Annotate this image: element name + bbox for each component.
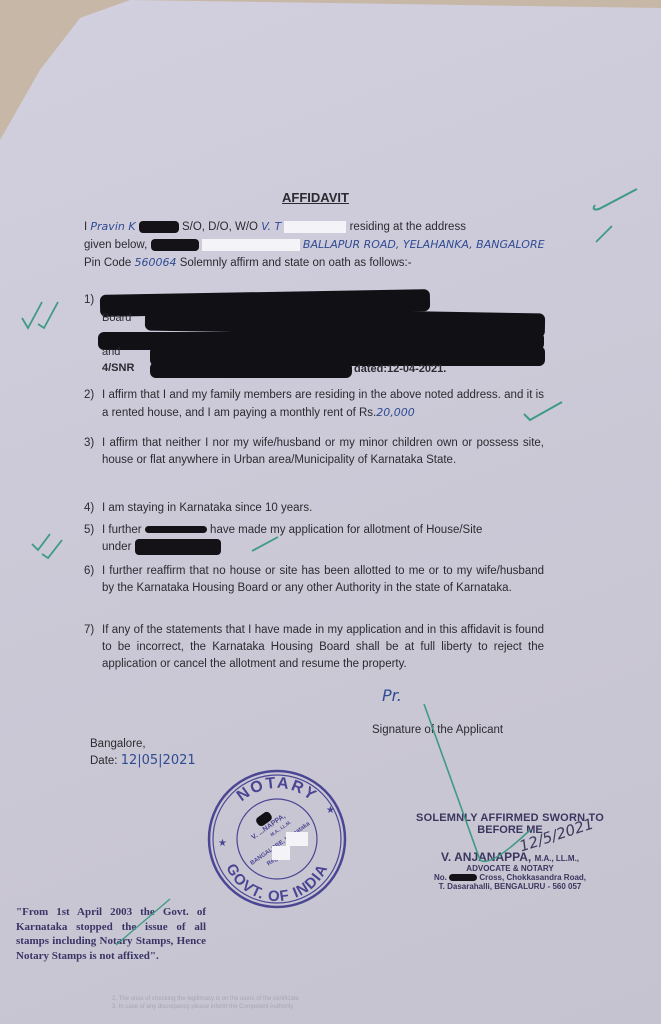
intro-line-1: I Pravin K S/O, D/O, W/O V. T residing a… (84, 220, 466, 233)
clause-1-date: dated:12-04-2021. (354, 363, 446, 375)
intro-i: I (84, 221, 87, 233)
clause-number: 2) (84, 387, 94, 404)
given-below-label: given below, (84, 239, 147, 251)
notary-seal: NOTARY GOVT. OF INDIA ★ ★ V. ...NAPPA, M… (206, 768, 348, 910)
intro-line-2: given below, BALLAPUR ROAD, YELAHANKA, B… (84, 238, 545, 251)
check-mark-icon (585, 185, 645, 215)
clause-5-line2: under (102, 541, 131, 553)
applicant-signature: Pr. (382, 686, 402, 705)
notary-degree: M.A., LL.M., (535, 854, 579, 863)
check-mark-icon (588, 222, 618, 250)
whiteout (284, 221, 346, 233)
clause-number: 7) (84, 622, 94, 639)
clause-6: 6) I further reaffirm that no house or s… (84, 563, 544, 597)
clause-3: 3) I affirm that neither I nor my wife/h… (84, 435, 544, 469)
notary-address-1: No. Cross, Chokkasandra Road, (400, 873, 620, 882)
clause-number: 1) (84, 292, 94, 309)
double-check-mark-icon (18, 298, 62, 334)
double-check-mark-icon (28, 528, 72, 560)
affidavit-page: AFFIDAVIT I Pravin K S/O, D/O, W/O V. T … (0, 0, 661, 1024)
redaction (135, 539, 221, 555)
place-label: Bangalore, (90, 738, 146, 750)
clause-5: 5) I further have made my application fo… (84, 522, 544, 556)
clause-1-board-fragment: Board (102, 312, 131, 324)
pin-code: 560064 (135, 256, 177, 269)
date-label: Date: (90, 755, 118, 767)
redaction (151, 239, 199, 251)
clause-4: 4) I am staying in Karnataka since 10 ye… (84, 500, 544, 517)
document-title: AFFIDAVIT (282, 190, 349, 205)
clause-2: 2) I affirm that I and my family members… (84, 387, 544, 422)
address-prefix: No. (434, 873, 447, 882)
whiteout (202, 239, 300, 251)
rent-amount: 20,000 (376, 406, 415, 419)
check-mark-icon (248, 533, 284, 557)
check-mark-icon (100, 895, 180, 955)
date-value: 12|05|2021 (121, 753, 196, 768)
father-name: V. T (261, 220, 281, 233)
clause-7: 7) If any of the statements that I have … (84, 622, 544, 673)
clause-text: I further reaffirm that no house or site… (84, 563, 544, 597)
svg-text:★: ★ (218, 838, 227, 849)
clause-text: I affirm that I and my family members ar… (84, 387, 544, 422)
notary-sign-stroke (420, 700, 540, 870)
clause-text: I am staying in Karnataka since 10 years… (84, 500, 544, 517)
affirm-text: Solemnly affirm and state on oath as fol… (180, 257, 412, 269)
clause-text: I further have made my application for a… (84, 522, 544, 556)
date-line: Date: 12|05|2021 (90, 753, 196, 768)
address-handwritten: BALLAPUR ROAD, YELAHANKA, BANGALORE (303, 238, 545, 251)
clause-number: 4) (84, 500, 94, 517)
clause-1-and-fragment: and (102, 346, 120, 358)
clause-text: If any of the statements that I have mad… (84, 622, 544, 673)
footer-line: 3. In case of any discrepancy please inf… (112, 1003, 299, 1011)
applicant-name: Pravin K (90, 220, 135, 233)
clause-1-snr-fragment: 4/SNR (102, 362, 134, 374)
clause-number: 3) (84, 435, 94, 452)
clause-2-text: I affirm that I and my family members ar… (102, 389, 544, 419)
footer-notes: 2. The onus of checking the legitimacy i… (112, 995, 299, 1011)
redaction (145, 526, 207, 533)
redaction (139, 221, 179, 233)
svg-text:★: ★ (326, 805, 335, 816)
check-mark-icon (518, 398, 568, 424)
clause-number: 6) (84, 563, 94, 580)
pin-label: Pin Code (84, 257, 131, 269)
clause-5-before: I further (102, 524, 142, 536)
notary-address-2: T. Dasarahalli, BENGALURU - 560 057 (400, 882, 620, 891)
svg-text:GOVT. OF INDIA: GOVT. OF INDIA (222, 861, 331, 905)
redaction (449, 874, 477, 881)
clause-number: 5) (84, 522, 94, 539)
residing-text: residing at the address (350, 221, 466, 233)
relation-label: S/O, D/O, W/O (182, 221, 258, 233)
redaction (150, 362, 352, 378)
intro-line-3: Pin Code 560064 Solemnly affirm and stat… (84, 256, 412, 269)
clause-text: I affirm that neither I nor my wife/husb… (84, 435, 544, 469)
address-suffix: Cross, Chokkasandra Road, (479, 873, 586, 882)
footer-line: 2. The onus of checking the legitimacy i… (112, 995, 299, 1003)
